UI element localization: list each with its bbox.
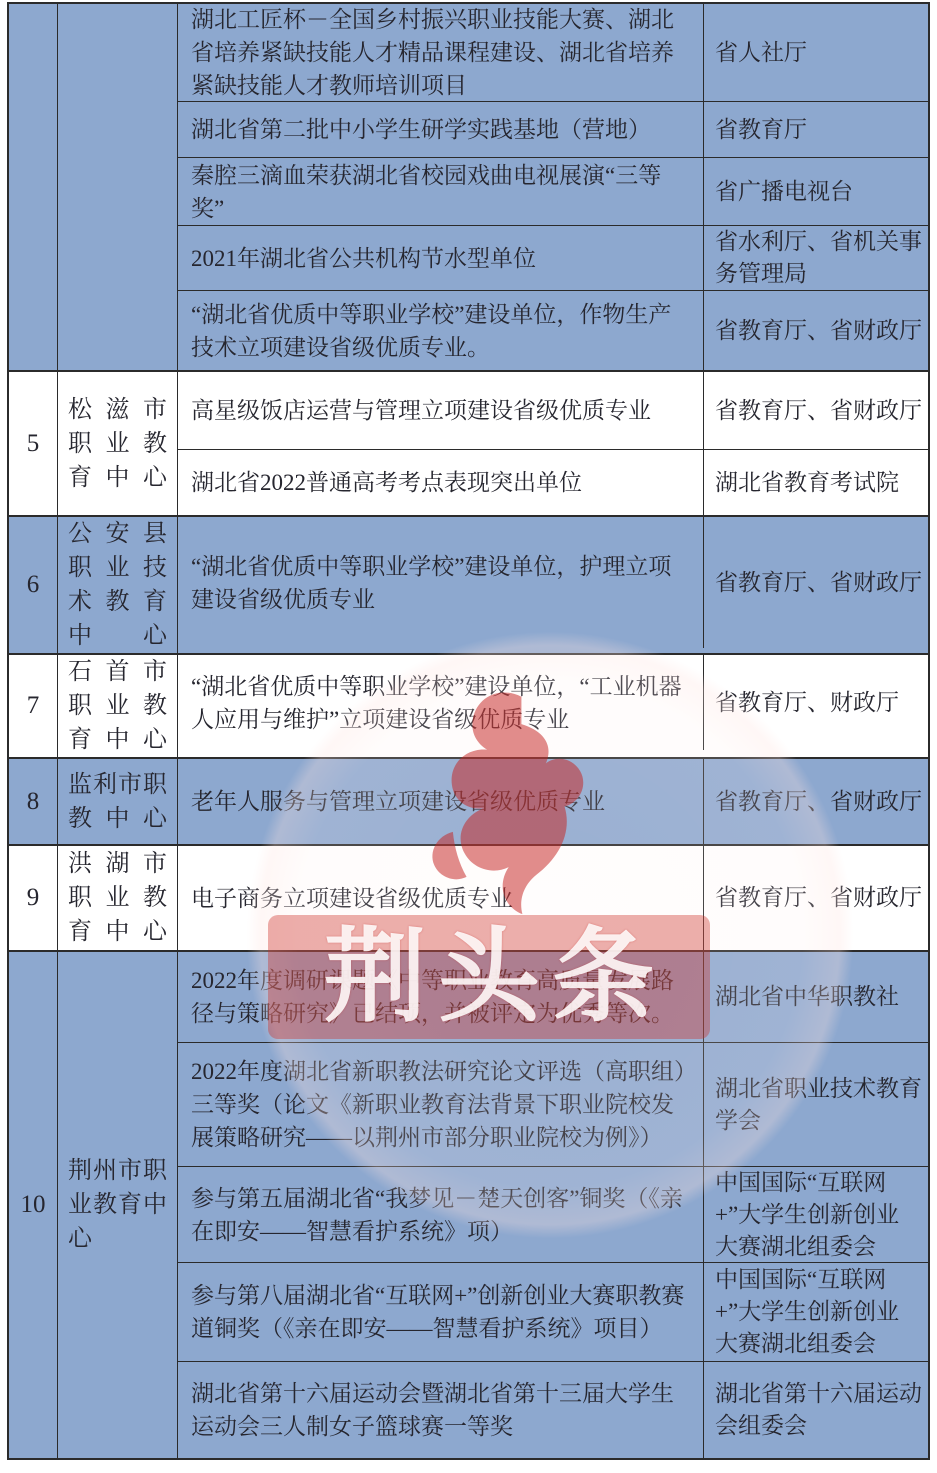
table-row-group: 6 公安县 职业技 术教育 中心 “湖北省优质中等职业学校”建设单位，护理立项建… <box>9 515 928 653</box>
table-row: 秦腔三滴血荣获湖北省校园戏曲电视展演“三等奖” 省广播电视台 <box>178 157 928 225</box>
row-number: 5 <box>27 430 40 458</box>
school-name: 监利市职 教中心 <box>68 768 167 836</box>
row-number-cell: 5 <box>9 372 58 515</box>
agency-text: 省教育厅、省财政厅 <box>715 395 922 427</box>
award-text: “湖北省优质中等职业学校”建设单位，“工业机器人应用与维护”立项建设省级优质专业 <box>191 670 691 736</box>
agency-cell: 省教育厅、省财政厅 <box>704 517 928 648</box>
school-name: 石首市 职业教 育中心 <box>68 655 167 757</box>
award-cell: “湖北省优质中等职业学校”建设单位，作物生产技术立项建设省级优质专业。 <box>178 291 704 370</box>
table-row-group: 9 洪湖市 职业教 育中心 电子商务立项建设省级优质专业 省教育厅、省财政厅 <box>9 844 928 950</box>
table-row: 湖北省2022普通高考考点表现突出单位 湖北省教育考试院 <box>178 449 928 515</box>
award-cell: 湖北省第十六届运动会暨湖北省第十三届大学生运动会三人制女子篮球赛一等奖 <box>178 1362 704 1458</box>
school-name-cell: 松滋市 职业教 育中心 <box>58 372 178 515</box>
award-rows: 老年人服务与管理立项建设省级优质专业 省教育厅、省财政厅 <box>178 759 928 844</box>
school-name-cell: 洪湖市 职业教 育中心 <box>58 846 178 950</box>
row-number: 8 <box>27 788 40 816</box>
agency-cell: 省教育厅、省财政厅 <box>704 759 928 844</box>
row-number-cell: 6 <box>9 517 58 653</box>
school-name-cell: 荆州市职 业教育中 心 <box>58 952 178 1458</box>
award-cell: 老年人服务与管理立项建设省级优质专业 <box>178 759 704 844</box>
school-name-cell <box>58 4 178 370</box>
award-text: “湖北省优质中等职业学校”建设单位，作物生产技术立项建设省级优质专业。 <box>191 298 691 364</box>
award-rows: 电子商务立项建设省级优质专业 省教育厅、省财政厅 <box>178 846 928 950</box>
agency-text: 省教育厅、省财政厅 <box>715 315 922 347</box>
award-cell: 2021年湖北省公共机构节水型单位 <box>178 226 704 290</box>
row-number-cell: 9 <box>9 846 58 950</box>
agency-text: 省教育厅、财政厅 <box>715 687 899 719</box>
table-row: 参与第八届湖北省“互联网+”创新创业大赛职教赛道铜奖（《亲在即安——智慧看护系统… <box>178 1262 928 1361</box>
agency-text: 省教育厅、省财政厅 <box>715 567 922 599</box>
agency-cell: 省水利厅、省机关事务管理局 <box>704 226 928 290</box>
agency-cell: 省教育厅、省财政厅 <box>704 372 928 449</box>
table-row: 湖北省第二批中小学生研学实践基地（营地） 省教育厅 <box>178 101 928 157</box>
table-row: “湖北省优质中等职业学校”建设单位，护理立项建设省级优质专业 省教育厅、省财政厅 <box>178 517 928 648</box>
award-cell: “湖北省优质中等职业学校”建设单位，护理立项建设省级优质专业 <box>178 517 704 648</box>
agency-text: 省水利厅、省机关事务管理局 <box>715 226 922 290</box>
award-text: 秦腔三滴血荣获湖北省校园戏曲电视展演“三等奖” <box>191 159 691 225</box>
award-rows: “湖北省优质中等职业学校”建设单位，护理立项建设省级优质专业 省教育厅、省财政厅 <box>178 517 928 653</box>
award-text: 湖北省2022普通高考考点表现突出单位 <box>191 466 582 499</box>
table-row: 电子商务立项建设省级优质专业 省教育厅、省财政厅 <box>178 846 928 950</box>
table-row: 2022年度调研课题《中等职业教育高质量发展路径与策略研究》已结项，并被评定为优… <box>178 952 928 1042</box>
school-name: 公安县 职业技 术教育 中心 <box>68 517 167 653</box>
table-row: 高星级饭店运营与管理立项建设省级优质专业 省教育厅、省财政厅 <box>178 372 928 449</box>
award-text: 参与第八届湖北省“互联网+”创新创业大赛职教赛道铜奖（《亲在即安——智慧看护系统… <box>191 1279 691 1345</box>
row-number: 9 <box>27 884 40 912</box>
awards-table: 湖北工匠杯－全国乡村振兴职业技能大赛、湖北省培养紧缺技能人才精品课程建设、湖北省… <box>7 2 930 1460</box>
table-row-group: 湖北工匠杯－全国乡村振兴职业技能大赛、湖北省培养紧缺技能人才精品课程建设、湖北省… <box>9 4 928 370</box>
award-cell: 湖北省2022普通高考考点表现突出单位 <box>178 450 704 515</box>
award-cell: 2022年度调研课题《中等职业教育高质量发展路径与策略研究》已结项，并被评定为优… <box>178 952 704 1042</box>
row-number-cell: 7 <box>9 655 58 757</box>
award-text: 参与第五届湖北省“我梦见－楚天创客”铜奖（《亲在即安——智慧看护系统》项） <box>191 1182 691 1248</box>
agency-text: 省教育厅、省财政厅 <box>715 882 922 914</box>
table-row-group: 5 松滋市 职业教 育中心 高星级饭店运营与管理立项建设省级优质专业 省教育厅、… <box>9 370 928 515</box>
table-row: 2021年湖北省公共机构节水型单位 省水利厅、省机关事务管理局 <box>178 225 928 290</box>
school-name-cell: 监利市职 教中心 <box>58 759 178 844</box>
award-text: 老年人服务与管理立项建设省级优质专业 <box>191 785 605 818</box>
award-text: 湖北省第十六届运动会暨湖北省第十三届大学生运动会三人制女子篮球赛一等奖 <box>191 1377 691 1443</box>
row-number-cell <box>9 4 58 370</box>
award-rows: 高星级饭店运营与管理立项建设省级优质专业 省教育厅、省财政厅 湖北省2022普通… <box>178 372 928 515</box>
agency-cell: 中国国际“互联网+”大学生创新创业大赛湖北组委会 <box>704 1167 928 1262</box>
award-cell: 高星级饭店运营与管理立项建设省级优质专业 <box>178 372 704 449</box>
table-row: 老年人服务与管理立项建设省级优质专业 省教育厅、省财政厅 <box>178 759 928 844</box>
award-text: 2022年度调研课题《中等职业教育高质量发展路径与策略研究》已结项，并被评定为优… <box>191 964 691 1030</box>
award-text: 电子商务立项建设省级优质专业 <box>191 882 513 915</box>
agency-text: 湖北省教育考试院 <box>715 467 899 499</box>
award-rows: 湖北工匠杯－全国乡村振兴职业技能大赛、湖北省培养紧缺技能人才精品课程建设、湖北省… <box>178 4 928 370</box>
agency-cell: 省人社厅 <box>704 4 928 101</box>
table-row: 湖北省第十六届运动会暨湖北省第十三届大学生运动会三人制女子篮球赛一等奖 湖北省第… <box>178 1361 928 1458</box>
award-rows: 2022年度调研课题《中等职业教育高质量发展路径与策略研究》已结项，并被评定为优… <box>178 952 928 1458</box>
award-text: 高星级饭店运营与管理立项建设省级优质专业 <box>191 394 651 427</box>
agency-cell: 湖北省中华职教社 <box>704 952 928 1042</box>
agency-text: 湖北省第十六届运动会组委会 <box>715 1378 922 1442</box>
award-text: “湖北省优质中等职业学校”建设单位，护理立项建设省级优质专业 <box>191 550 691 616</box>
school-name-cell: 石首市 职业教 育中心 <box>58 655 178 757</box>
agency-text: 中国国际“互联网+”大学生创新创业大赛湖北组委会 <box>715 1167 922 1263</box>
row-number: 10 <box>21 1191 46 1219</box>
agency-cell: 省教育厅、省财政厅 <box>704 291 928 370</box>
school-name: 洪湖市 职业教 育中心 <box>68 847 167 949</box>
agency-text: 省教育厅、省财政厅 <box>715 786 922 818</box>
award-text: 2021年湖北省公共机构节水型单位 <box>191 242 536 275</box>
agency-cell: 中国国际“互联网+”大学生创新创业大赛湖北组委会 <box>704 1263 928 1361</box>
row-number-cell: 10 <box>9 952 58 1458</box>
school-name: 荆州市职 业教育中 心 <box>68 1154 167 1256</box>
agency-cell: 省广播电视台 <box>704 158 928 225</box>
table-row-group: 10 荆州市职 业教育中 心 2022年度调研课题《中等职业教育高质量发展路径与… <box>9 950 928 1458</box>
table-row: 参与第五届湖北省“我梦见－楚天创客”铜奖（《亲在即安——智慧看护系统》项） 中国… <box>178 1166 928 1262</box>
agency-text: 省人社厅 <box>715 37 807 69</box>
row-number-cell: 8 <box>9 759 58 844</box>
table-row: “湖北省优质中等职业学校”建设单位，作物生产技术立项建设省级优质专业。 省教育厅… <box>178 290 928 370</box>
table-row: “湖北省优质中等职业学校”建设单位，“工业机器人应用与维护”立项建设省级优质专业… <box>178 655 928 750</box>
award-rows: “湖北省优质中等职业学校”建设单位，“工业机器人应用与维护”立项建设省级优质专业… <box>178 655 928 757</box>
award-cell: 参与第五届湖北省“我梦见－楚天创客”铜奖（《亲在即安——智慧看护系统》项） <box>178 1167 704 1262</box>
award-cell: 秦腔三滴血荣获湖北省校园戏曲电视展演“三等奖” <box>178 158 704 225</box>
agency-text: 湖北省职业技术教育学会 <box>715 1073 922 1137</box>
agency-text: 中国国际“互联网+”大学生创新创业大赛湖北组委会 <box>715 1264 922 1360</box>
school-name-cell: 公安县 职业技 术教育 中心 <box>58 517 178 653</box>
agency-cell: 省教育厅 <box>704 102 928 157</box>
row-number: 7 <box>27 692 40 720</box>
school-name: 松滋市 职业教 育中心 <box>68 393 167 495</box>
award-text: 湖北工匠杯－全国乡村振兴职业技能大赛、湖北省培养紧缺技能人才精品课程建设、湖北省… <box>191 3 691 102</box>
award-cell: “湖北省优质中等职业学校”建设单位，“工业机器人应用与维护”立项建设省级优质专业 <box>178 655 704 750</box>
award-text: 湖北省第二批中小学生研学实践基地（营地） <box>191 113 651 146</box>
award-cell: 电子商务立项建设省级优质专业 <box>178 846 704 950</box>
award-cell: 2022年度湖北省新职教法研究论文评选（高职组）三等奖（论文《新职业教育法背景下… <box>178 1043 704 1166</box>
table-row: 湖北工匠杯－全国乡村振兴职业技能大赛、湖北省培养紧缺技能人才精品课程建设、湖北省… <box>178 4 928 101</box>
agency-cell: 湖北省第十六届运动会组委会 <box>704 1362 928 1458</box>
agency-cell: 湖北省职业技术教育学会 <box>704 1043 928 1166</box>
table-row-group: 7 石首市 职业教 育中心 “湖北省优质中等职业学校”建设单位，“工业机器人应用… <box>9 653 928 757</box>
agency-text: 省广播电视台 <box>715 176 853 208</box>
agency-text: 湖北省中华职教社 <box>715 981 899 1013</box>
agency-cell: 省教育厅、省财政厅 <box>704 846 928 950</box>
agency-text: 省教育厅 <box>715 114 807 146</box>
award-cell: 湖北省第二批中小学生研学实践基地（营地） <box>178 102 704 157</box>
row-number: 6 <box>27 571 40 599</box>
award-cell: 湖北工匠杯－全国乡村振兴职业技能大赛、湖北省培养紧缺技能人才精品课程建设、湖北省… <box>178 4 704 101</box>
award-cell: 参与第八届湖北省“互联网+”创新创业大赛职教赛道铜奖（《亲在即安——智慧看护系统… <box>178 1263 704 1361</box>
award-text: 2022年度湖北省新职教法研究论文评选（高职组）三等奖（论文《新职业教育法背景下… <box>191 1055 691 1154</box>
agency-cell: 省教育厅、财政厅 <box>704 655 928 750</box>
table-row-group: 8 监利市职 教中心 老年人服务与管理立项建设省级优质专业 省教育厅、省财政厅 <box>9 757 928 844</box>
table-row: 2022年度湖北省新职教法研究论文评选（高职组）三等奖（论文《新职业教育法背景下… <box>178 1042 928 1166</box>
agency-cell: 湖北省教育考试院 <box>704 450 928 515</box>
